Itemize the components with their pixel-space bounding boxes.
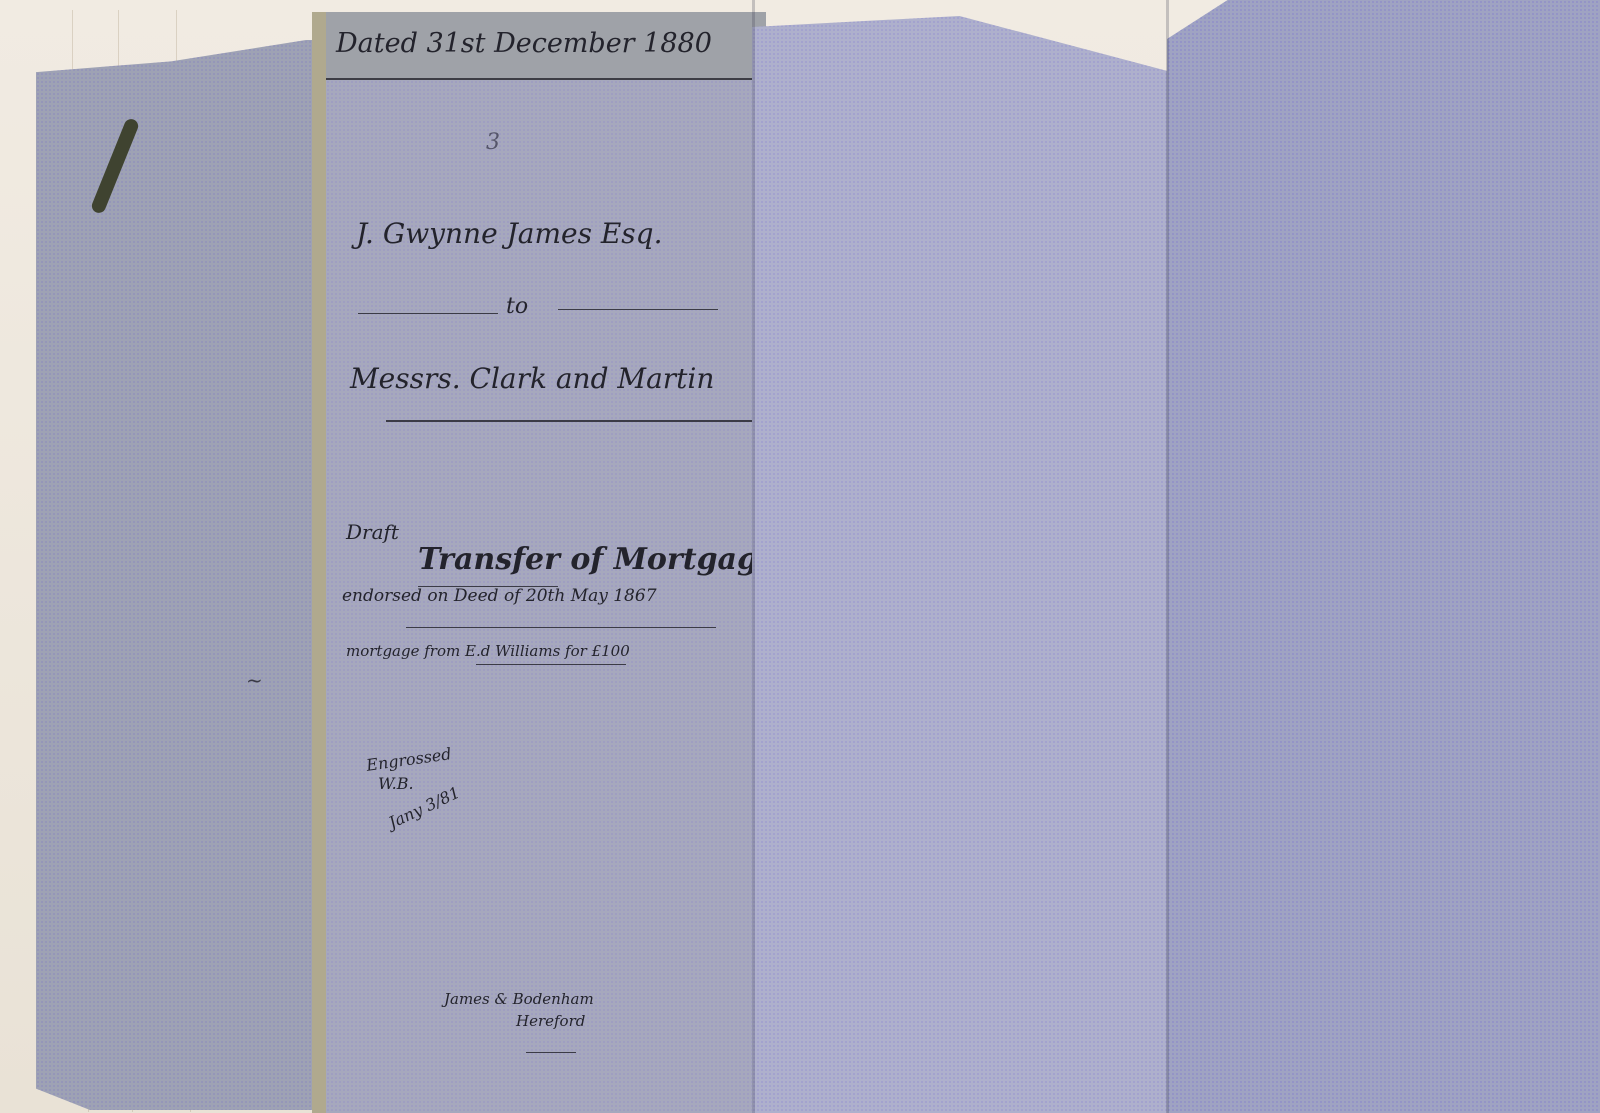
rule-under-endorsed	[406, 627, 716, 628]
engrossed-note-line1: Engrossed	[365, 744, 452, 775]
fold-line	[752, 0, 755, 1113]
left-flap	[36, 40, 336, 1110]
flourish-under-place	[526, 1052, 576, 1053]
cover-panel: Dated 31st December 1880 3 J. Gwynne Jam…	[312, 12, 766, 1113]
engrossed-note-line2: W.B.	[378, 774, 414, 793]
rule-right	[558, 309, 718, 310]
document-title: Transfer of Mortgage	[418, 542, 777, 577]
solicitors-place: Hereford	[516, 1012, 585, 1030]
draft-label: Draft	[346, 520, 399, 544]
solicitors-name: James & Bodenham	[444, 990, 594, 1008]
party-from: J. Gwynne James Esq.	[356, 217, 662, 250]
rule-under-mortgage	[476, 664, 626, 665]
dated-line: Dated 31st December 1880	[336, 28, 712, 59]
party-to: Messrs. Clark and Martin	[350, 362, 714, 395]
party-connector: to	[506, 294, 528, 319]
right-panel	[1167, 0, 1600, 1113]
endorsed-line: endorsed on Deed of 20th May 1867	[342, 586, 657, 606]
rule-under-parties	[386, 420, 766, 422]
mortgage-line: mortgage from E.d Williams for £100	[346, 642, 630, 660]
docket-number: 3	[486, 130, 500, 155]
middle-panel	[752, 16, 1167, 1113]
rule-left	[358, 313, 498, 314]
left-flap-pencil-mark: ~	[246, 668, 263, 692]
fold-line	[1166, 0, 1169, 1113]
